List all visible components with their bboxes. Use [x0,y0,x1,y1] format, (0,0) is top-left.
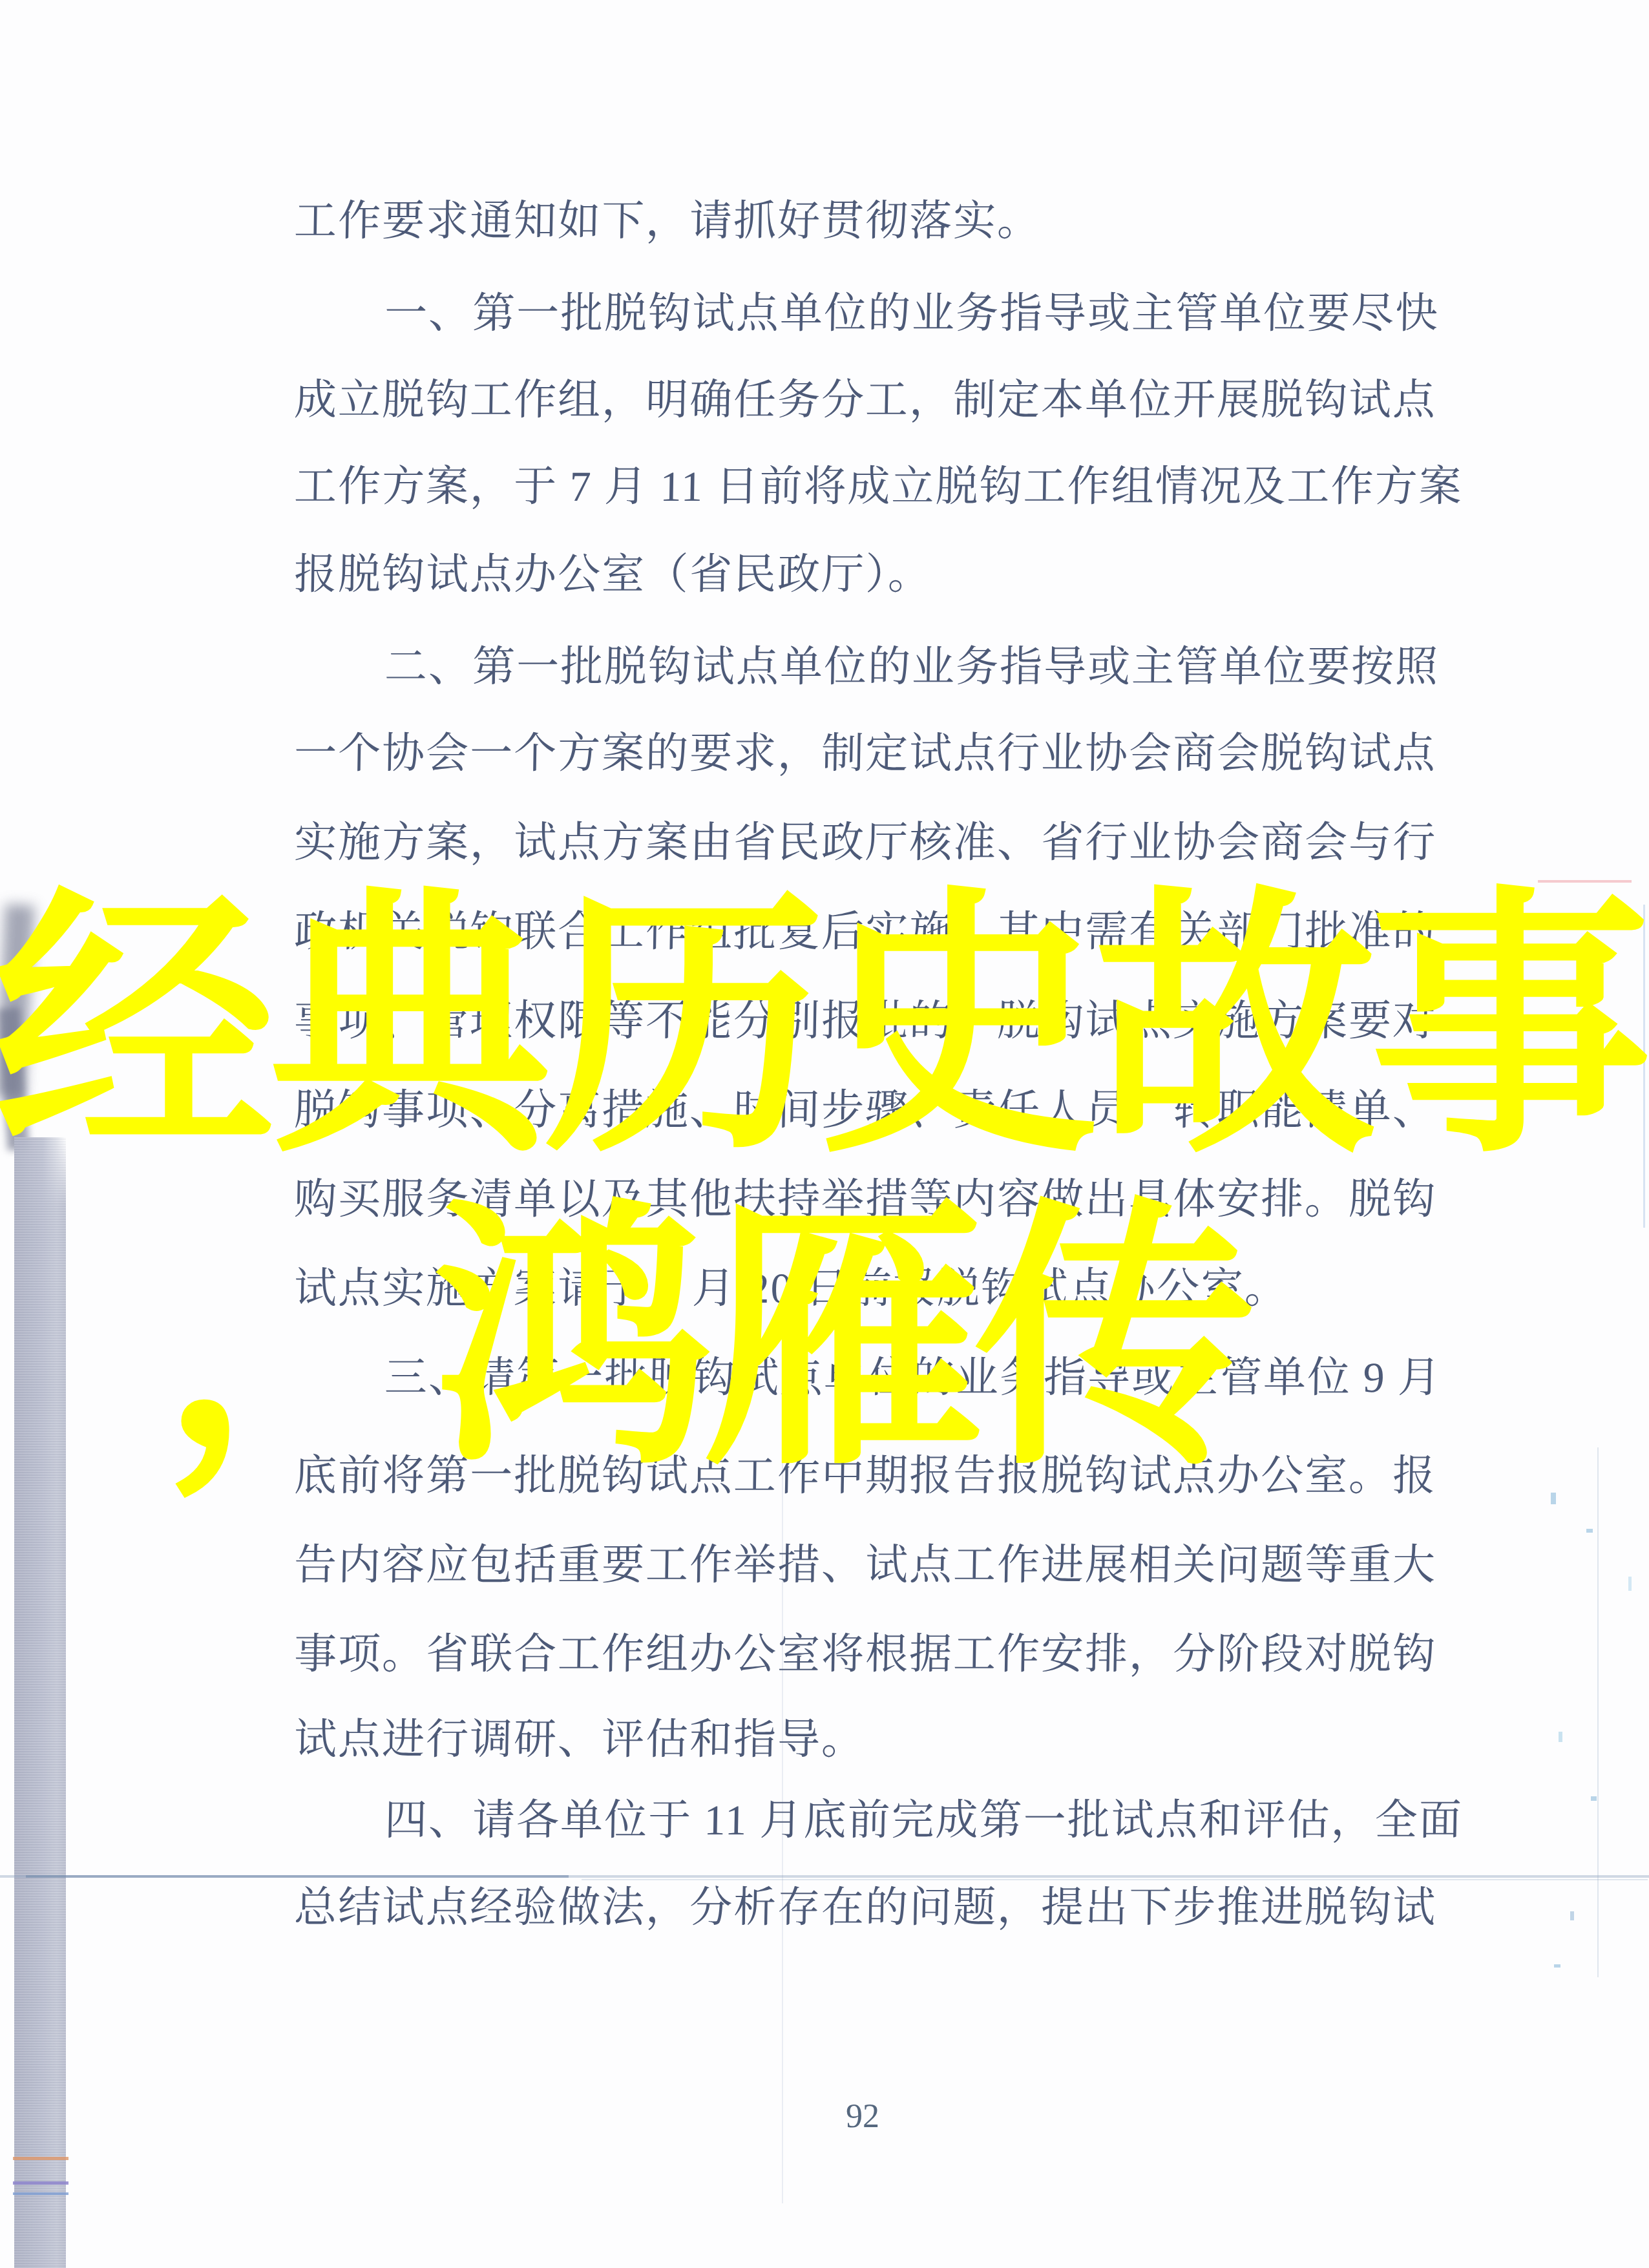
scan-artifact-orange-line [13,2157,68,2160]
document-line: 二、第一批脱钩试点单位的业务指导或主管单位要按照 [384,646,1439,689]
scan-artifact-tick [1559,1732,1562,1742]
scan-artifact-tick [1586,1529,1593,1533]
document-line: 事项。省联合工作组办公室将根据工作安排，分阶段对脱钩 [293,1633,1436,1676]
scan-artifact-left-stripe [14,1137,66,2268]
scan-artifact-tick [1554,1964,1560,1968]
document-line: 一个协会一个方案的要求，制定试点行业协会商会脱钩试点 [293,733,1436,775]
document-line: 成立脱钩工作组，明确任务分工，制定本单位开展脱钩试点 [293,379,1436,422]
document-line: 一、第一批脱钩试点单位的业务指导或主管单位要尽快 [384,293,1439,335]
scan-artifact-tick [1551,1493,1556,1504]
document-line: 试点进行调研、评估和指导。 [293,1719,865,1761]
scan-artifact-horizontal-line [0,1875,1649,1878]
scan-artifact-horizontal-line-dark [26,1875,569,1878]
document-line: 工作要求通知如下，请抓好贯彻落实。 [293,200,1041,243]
document-line: 告内容应包括重要工作举措、试点工作进展相关问题等重大 [293,1544,1436,1587]
scan-artifact-tick [1628,1577,1632,1591]
page-number: 92 [834,2097,892,2136]
scanned-document-page: 工作要求通知如下，请抓好贯彻落实。一、第一批脱钩试点单位的业务指导或主管单位要尽… [0,0,1649,2268]
scan-artifact-blue-line [13,2192,68,2195]
scan-artifact-vertical-crease [782,1389,783,2203]
document-line: 工作方案，于 7 月 11 日前将成立脱钩工作组情况及工作方案 [293,466,1463,509]
document-line: 四、请各单位于 11 月底前完成第一批试点和评估，全面 [384,1800,1463,1842]
scan-artifact-right-vertical-line [1597,1447,1599,1977]
document-line: 实施方案，试点方案由省民政厅核准、省行业协会商会与行 [293,822,1436,865]
scan-artifact-purple-line [13,2181,68,2185]
scan-artifact-horizontal-line-thin [582,1879,1648,1880]
scan-artifact-tick [1591,1796,1597,1801]
document-line: 报脱钩试点办公室（省民政厅）。 [293,554,932,596]
watermark-text-line1: 经典历史故事 [0,887,1645,1168]
scan-artifact-tick [1570,1911,1574,1920]
document-line: 总结试点经验做法，分析存在的问题，提出下步推进脱钩试 [293,1887,1436,1929]
watermark-text-line2: ，鸿雁传 [160,1199,1246,1481]
